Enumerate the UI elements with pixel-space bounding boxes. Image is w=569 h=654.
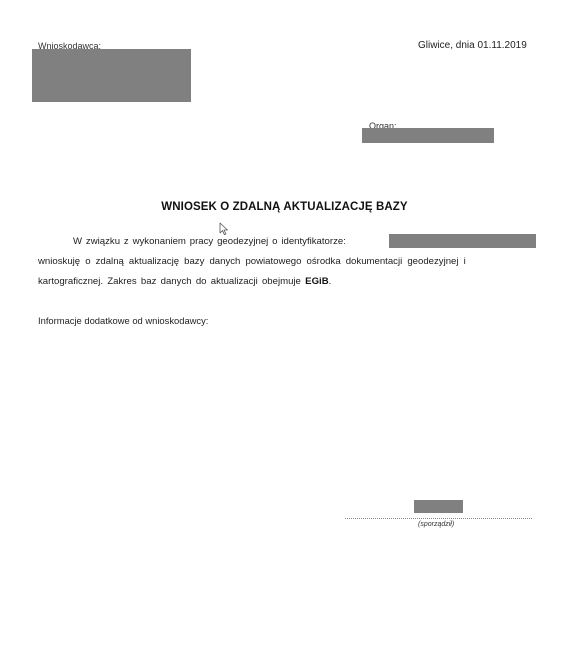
document-title: WNIOSEK O ZDALNĄ AKTUALIZACJĘ BAZY [0, 201, 569, 213]
signatory-redaction [414, 500, 463, 513]
paragraph-line-2: wnioskuję o zdalną aktualizację bazy dan… [38, 256, 466, 267]
signature-caption: (sporządził) [418, 521, 454, 528]
document-page: Wnioskodawca: Gliwice, dnia 01.11.2019 O… [0, 0, 569, 654]
paragraph-line-3-end: . [329, 276, 332, 287]
applicant-details-redaction [32, 49, 191, 102]
work-identifier-redaction [389, 234, 536, 248]
mouse-pointer-icon [219, 222, 229, 236]
signature-line [345, 518, 532, 519]
organ-name-redaction [362, 128, 494, 143]
additional-info-label: Informacje dodatkowe od wnioskodawcy: [38, 315, 208, 326]
paragraph-line-3-text: kartograficznej. Zakres baz danych do ak… [38, 276, 305, 287]
paragraph-line-1: W związku z wykonaniem pracy geodezyjnej… [73, 236, 346, 247]
paragraph-line-3: kartograficznej. Zakres baz danych do ak… [38, 276, 331, 287]
database-scope-egib: EGiB [305, 276, 328, 287]
place-and-date: Gliwice, dnia 01.11.2019 [418, 40, 527, 51]
